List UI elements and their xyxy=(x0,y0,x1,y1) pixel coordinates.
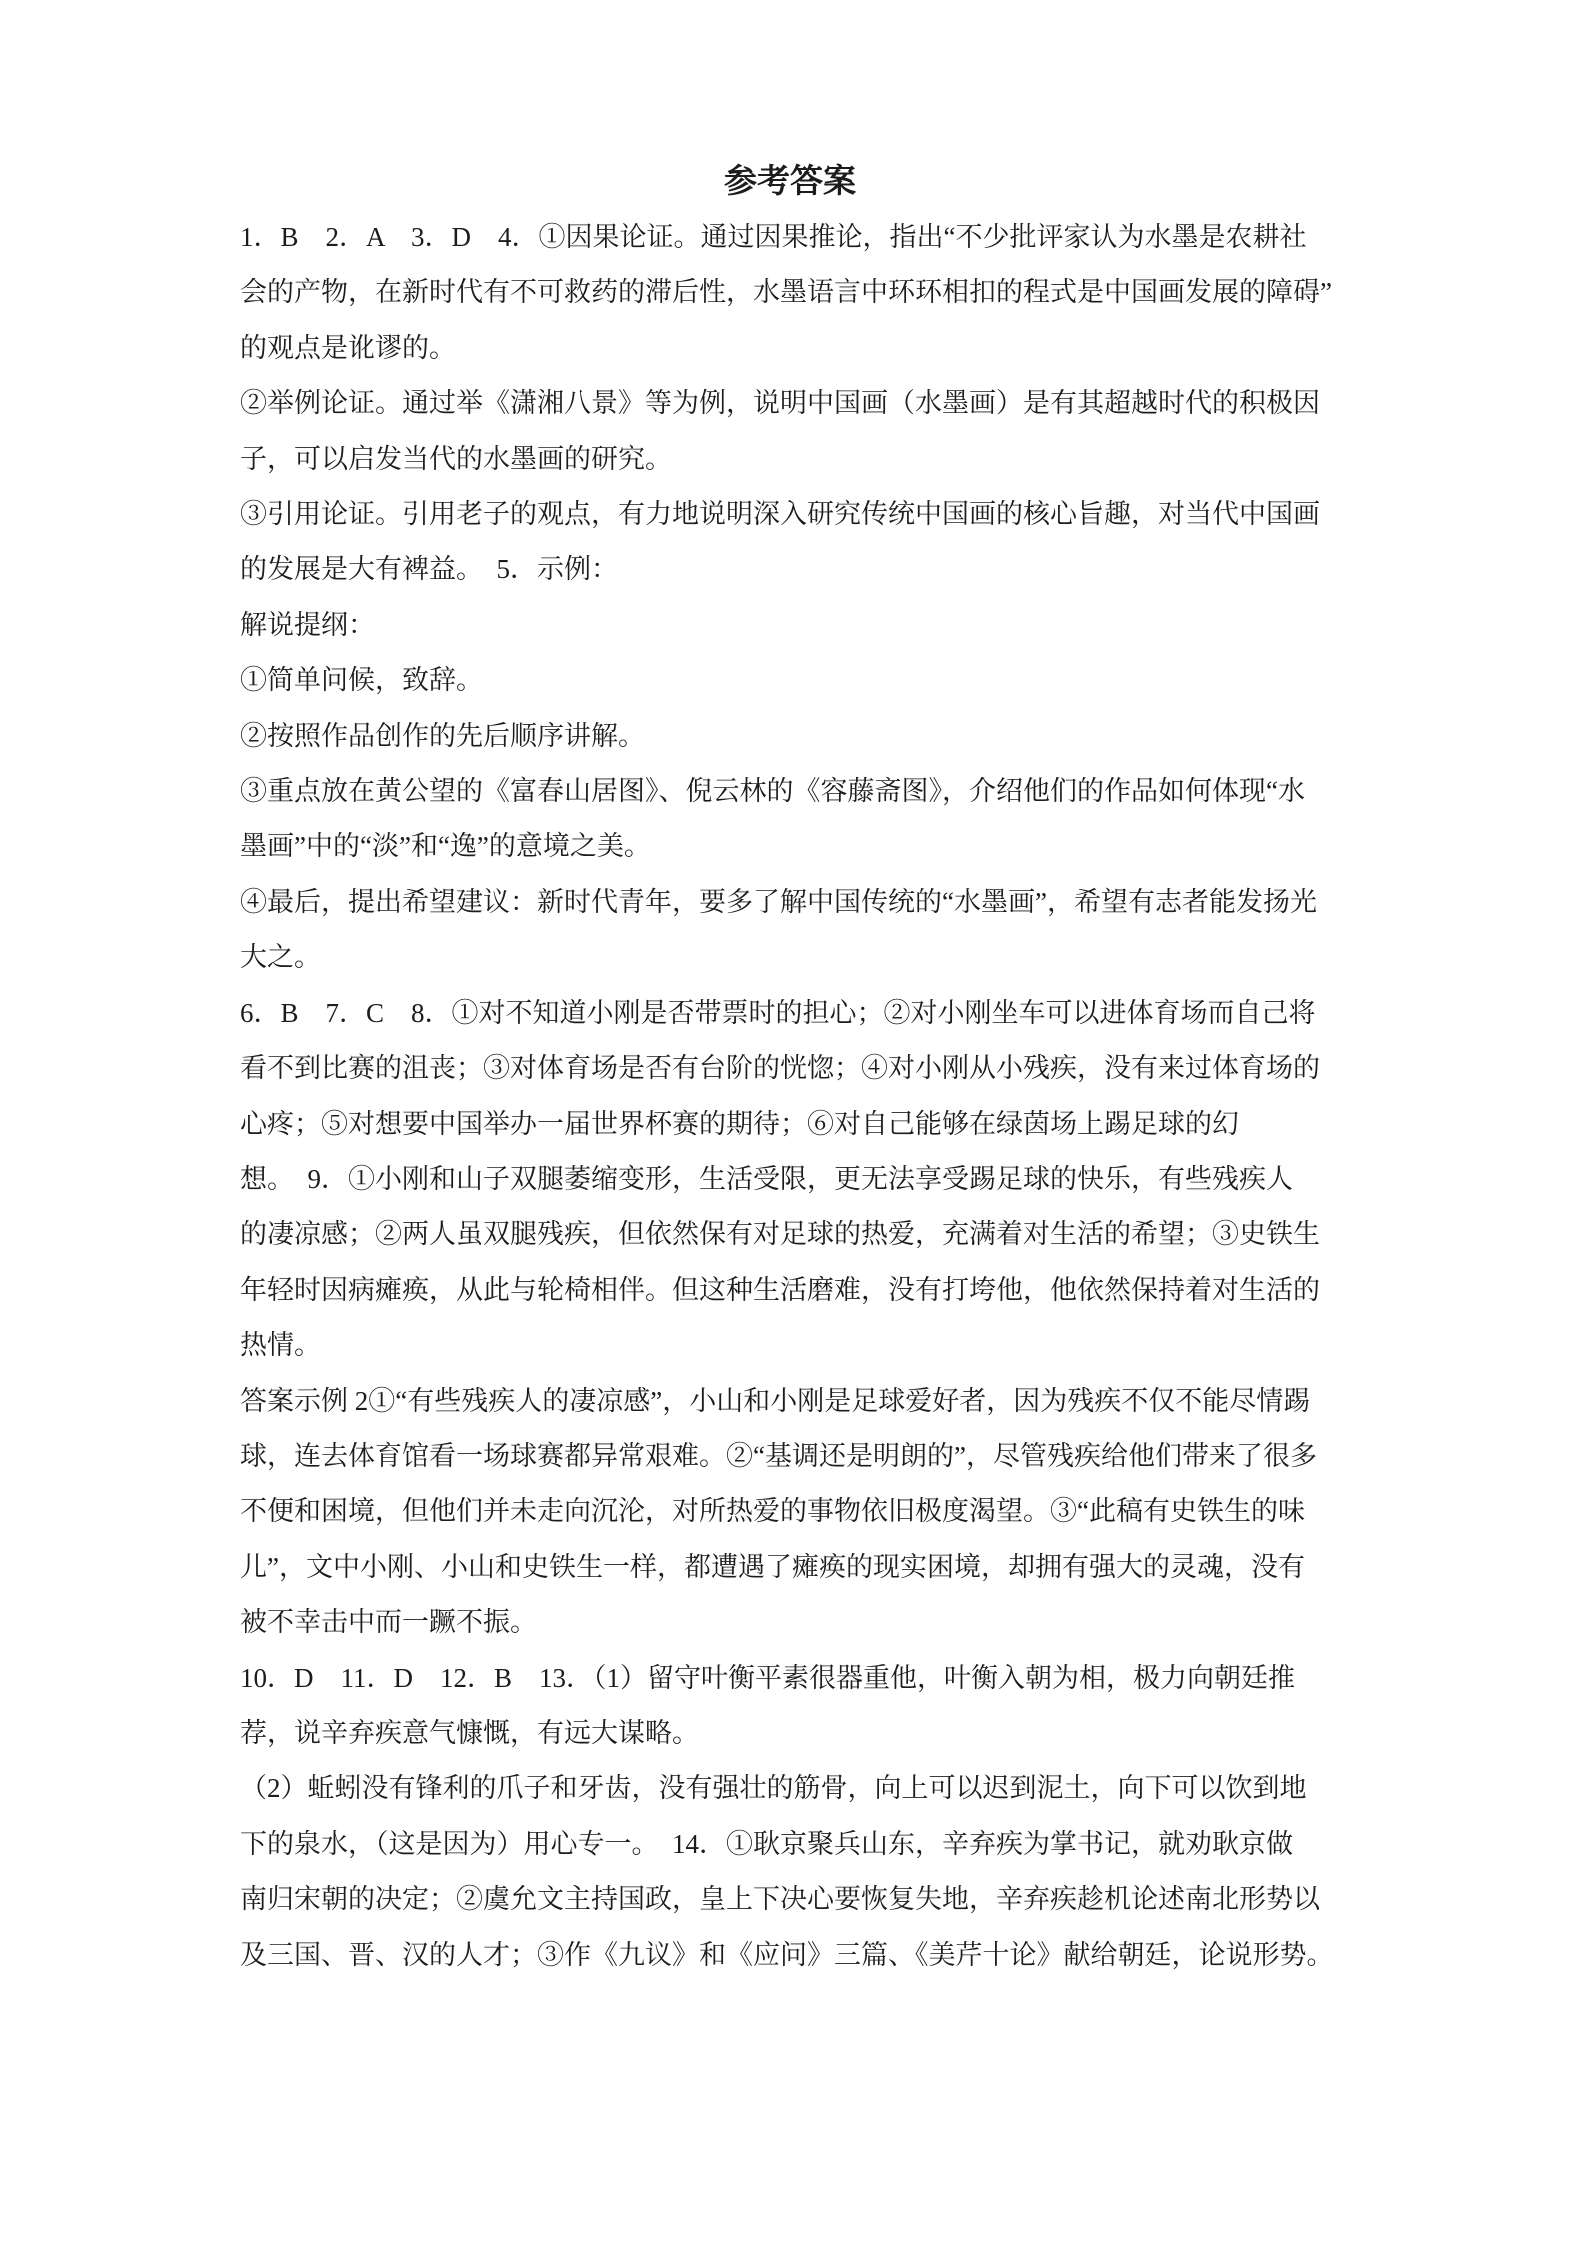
text-line: 子，可以启发当代的水墨画的研究。 xyxy=(240,432,1340,487)
text-line: 的凄凉感；②两人虽双腿残疾，但依然保有对足球的热爱，充满着对生活的希望；③史铁生 xyxy=(240,1207,1340,1262)
text-line: 1．B 2．A 3．D 4．①因果论证。通过因果推论，指出“不少批评家认为水墨是… xyxy=(240,210,1340,265)
text-line: 6．B 7．C 8．①对不知道小刚是否带票时的担心；②对小刚坐车可以进体育场而自… xyxy=(240,986,1340,1041)
text-line: ①简单问候，致辞。 xyxy=(240,653,1340,708)
document-content: 参考答案 1．B 2．A 3．D 4．①因果论证。通过因果推论，指出“不少批评家… xyxy=(0,0,1587,1983)
text-line: 墨画”中的“淡”和“逸”的意境之美。 xyxy=(240,819,1340,874)
text-line: 下的泉水，（这是因为）用心专一。 14．①耿京聚兵山东，辛弃疾为掌书记，就劝耿京… xyxy=(240,1817,1340,1872)
text-line: ③重点放在黄公望的《富春山居图》、倪云林的《容藤斋图》，介绍他们的作品如何体现“… xyxy=(240,764,1340,819)
text-line: 不便和困境，但他们并未走向沉沦，对所热爱的事物依旧极度渴望。③“此稿有史铁生的味 xyxy=(240,1484,1340,1539)
text-line: 的观点是讹谬的。 xyxy=(240,321,1340,376)
answer-text-block: 1．B 2．A 3．D 4．①因果论证。通过因果推论，指出“不少批评家认为水墨是… xyxy=(240,210,1340,1983)
text-line: ②举例论证。通过举《潇湘八景》等为例，说明中国画（水墨画）是有其超越时代的积极因 xyxy=(240,376,1340,431)
text-line: 儿”，文中小刚、小山和史铁生一样，都遭遇了瘫痪的现实困境，却拥有强大的灵魂，没有 xyxy=(240,1540,1340,1595)
text-line: 10．D 11．D 12．B 13．（1）留守叶衡平素很器重他，叶衡入朝为相，极… xyxy=(240,1651,1340,1706)
text-line: 荐，说辛弃疾意气慷慨，有远大谋略。 xyxy=(240,1706,1340,1761)
text-line: ④最后，提出希望建议：新时代青年，要多了解中国传统的“水墨画”，希望有志者能发扬… xyxy=(240,875,1340,930)
text-line: 想。 9．①小刚和山子双腿萎缩变形，生活受限，更无法享受踢足球的快乐，有些残疾人 xyxy=(240,1152,1340,1207)
text-line: 答案示例 2①“有些残疾人的凄凉感”，小山和小刚是足球爱好者，因为残疾不仅不能尽… xyxy=(240,1374,1340,1429)
text-line: 看不到比赛的沮丧；③对体育场是否有台阶的恍惚；④对小刚从小残疾，没有来过体育场的 xyxy=(240,1041,1340,1096)
text-line: 的发展是大有裨益。 5．示例： xyxy=(240,542,1340,597)
text-line: 热情。 xyxy=(240,1318,1340,1373)
page-title: 参考答案 xyxy=(240,155,1340,210)
text-line: 会的产物，在新时代有不可救药的滞后性，水墨语言中环环相扣的程式是中国画发展的障碍… xyxy=(240,265,1340,320)
text-line: ③引用论证。引用老子的观点，有力地说明深入研究传统中国画的核心旨趣，对当代中国画 xyxy=(240,487,1340,542)
text-line: ②按照作品创作的先后顺序讲解。 xyxy=(240,709,1340,764)
text-line: 解说提纲： xyxy=(240,598,1340,653)
text-line: 大之。 xyxy=(240,930,1340,985)
text-line: （2）蚯蚓没有锋利的爪子和牙齿，没有强壮的筋骨，向上可以迟到泥土，向下可以饮到地 xyxy=(240,1761,1340,1816)
text-line: 球，连去体育馆看一场球赛都异常艰难。②“基调还是明朗的”，尽管残疾给他们带来了很… xyxy=(240,1429,1340,1484)
text-line: 及三国、晋、汉的人才；③作《九议》和《应问》三篇、《美芹十论》献给朝廷，论说形势… xyxy=(240,1928,1340,1983)
text-line: 南归宋朝的决定；②虞允文主持国政，皇上下决心要恢复失地，辛弃疾趁机论述南北形势以 xyxy=(240,1872,1340,1927)
text-line: 心疼；⑤对想要中国举办一届世界杯赛的期待；⑥对自己能够在绿茵场上踢足球的幻 xyxy=(240,1097,1340,1152)
document-page: 参考答案 1．B 2．A 3．D 4．①因果论证。通过因果推论，指出“不少批评家… xyxy=(0,0,1587,2245)
text-line: 被不幸击中而一蹶不振。 xyxy=(240,1595,1340,1650)
text-line: 年轻时因病瘫痪，从此与轮椅相伴。但这种生活磨难，没有打垮他，他依然保持着对生活的 xyxy=(240,1263,1340,1318)
